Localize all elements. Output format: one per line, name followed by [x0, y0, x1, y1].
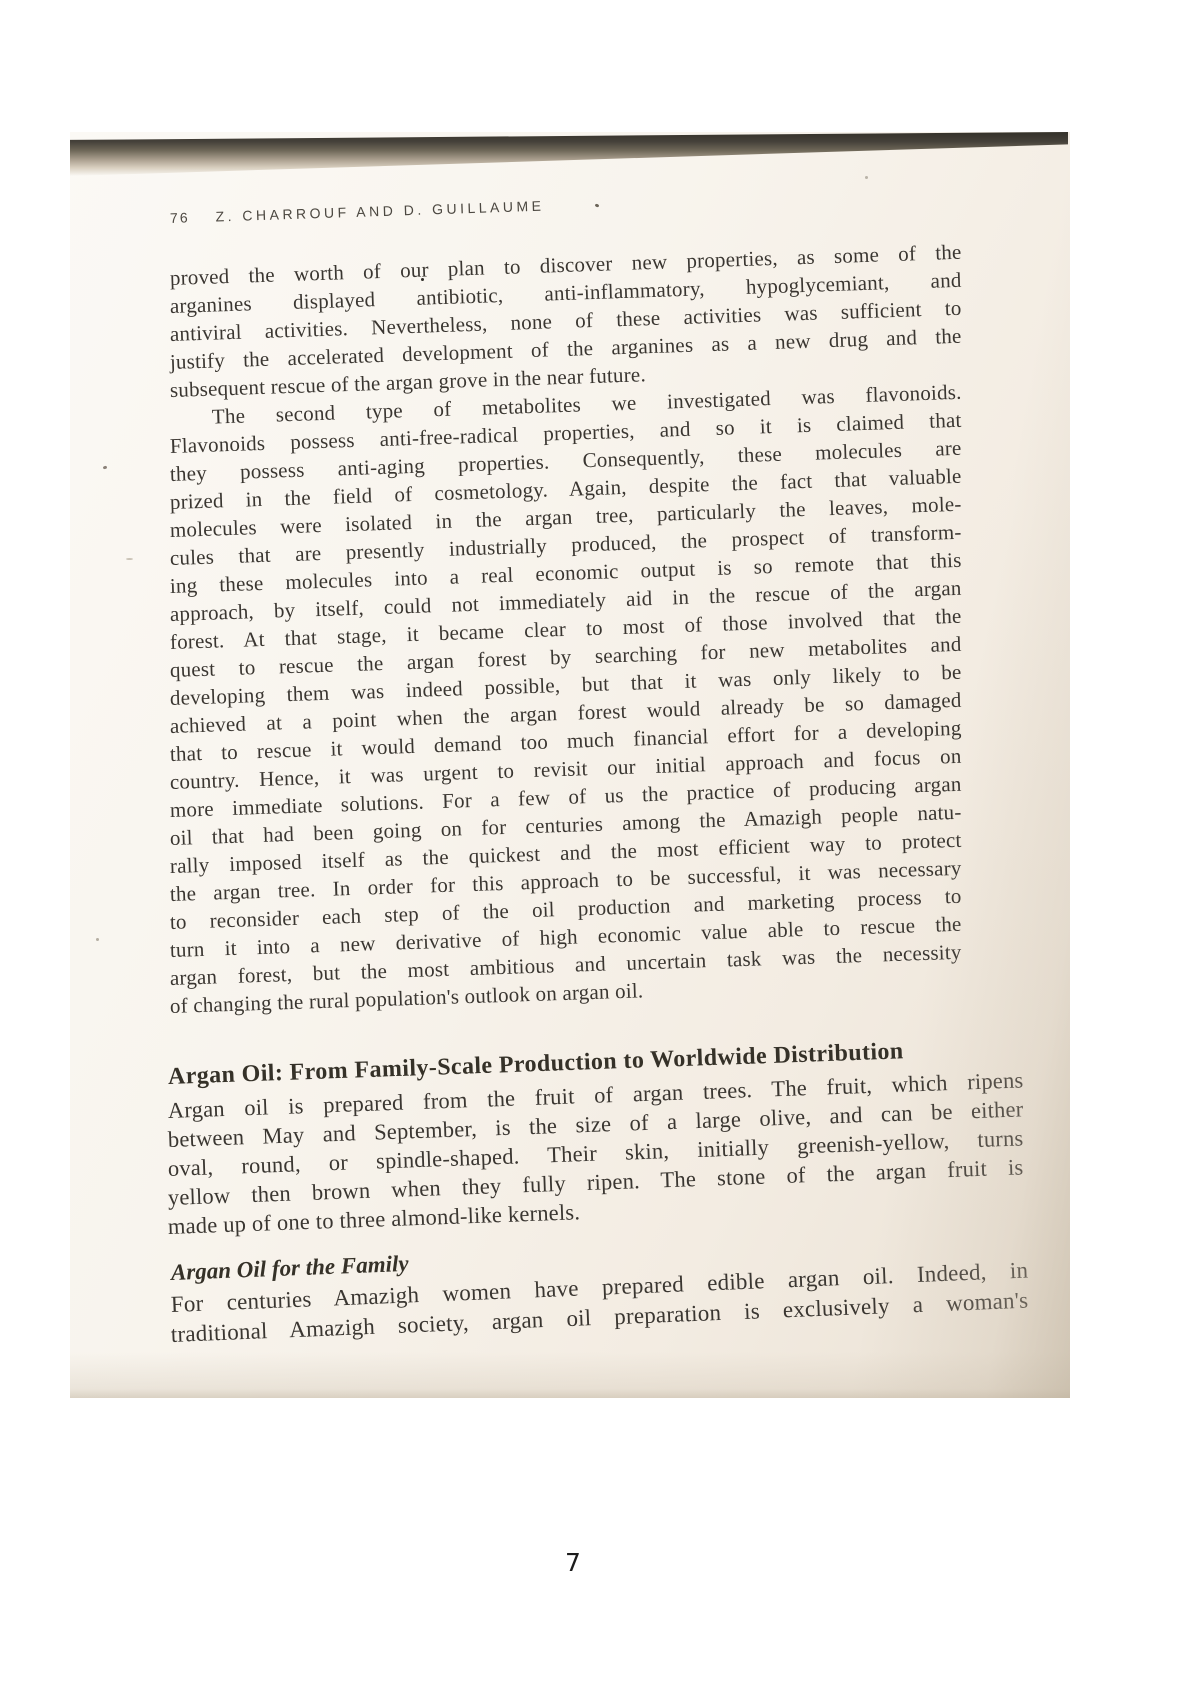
subsection-paragraph: For centuries Amazigh women have prepare… [171, 1290, 1029, 1350]
dust-speck [126, 558, 133, 560]
scanned-page: 76Z. CHARROUF AND D. GUILLAUME proved th… [70, 132, 1070, 1398]
pdf-page: { "document": { "running_header": { "pag… [0, 0, 1190, 1682]
scan-top-shadow-band [70, 132, 1068, 176]
dust-speck [96, 938, 99, 941]
dust-speck [865, 176, 868, 179]
dust-speck [421, 278, 424, 281]
section-paragraph: Argan oil is prepared from the fruit of … [168, 1096, 1024, 1241]
running-header: 76Z. CHARROUF AND D. GUILLAUME [170, 183, 970, 226]
running-header-authors: Z. CHARROUF AND D. GUILLAUME [215, 198, 544, 225]
scan-bottom-shade [70, 1352, 1070, 1398]
page-number-footer: 7 [548, 1548, 598, 1577]
body-paragraph: proved the worth of our plan to discover… [170, 264, 962, 1020]
running-header-page-number: 76 [170, 209, 190, 226]
